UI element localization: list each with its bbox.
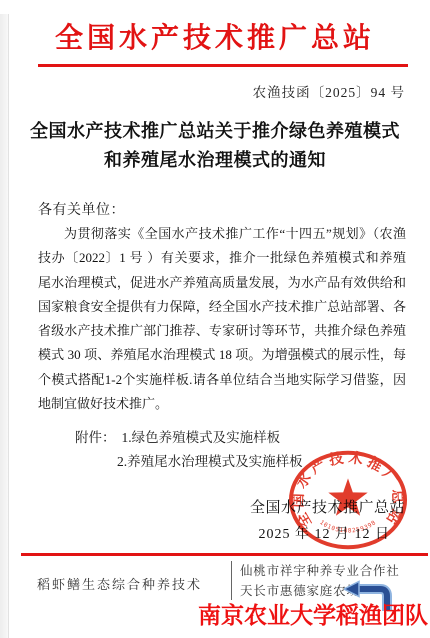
seal-code: 10105108259398	[318, 520, 377, 535]
header-divider	[38, 64, 408, 67]
attachment-row: 附件：1.绿色养殖模式及实施样板	[75, 426, 303, 450]
arrow-head	[344, 582, 359, 597]
attachment-item: 2.养殖尾水治理模式及实施样板	[117, 454, 303, 469]
body-line: 省级水产技术推广部门推荐、专家研讨等环节，共推介绿色养殖	[38, 319, 406, 343]
footer-entity: 仙桃市祥宇种养专业合作社	[240, 561, 400, 581]
body-line: 尾水治理模式，促进水产养殖高质量发展，为水产品有效供给和	[38, 271, 406, 295]
official-seal: 全国水产技术推广总站 10105108259398	[287, 448, 409, 552]
footer-vertical-divider	[231, 561, 232, 600]
scan-edge-shadow	[0, 14, 9, 638]
team-label: 南京农业大学稻渔团队	[198, 597, 430, 630]
body-line: 技办〔2022〕1 号 ）有关要求，推介一批绿色养殖模式和养殖	[38, 246, 406, 270]
notice-title-line1: 全国水产技术推广总站关于推介绿色养殖模式	[20, 117, 410, 146]
seal-star-icon	[328, 478, 367, 515]
attachment-item: 1.绿色养殖模式及实施样板	[122, 430, 281, 445]
salutation: 各有关单位：	[38, 199, 125, 219]
body-line: 模式 30 项、养殖尾水治理模式 18 项。为增强模式的展示性，每	[38, 343, 406, 367]
notice-title-line2: 和养殖尾水治理模式的通知	[20, 146, 410, 175]
body-line: 地制宜做好技术推广。	[38, 392, 406, 416]
body-line: 国家粮食安全提供有力保障，经全国水产技术推广总站部署、各	[38, 295, 406, 319]
attachment-row: 2.养殖尾水治理模式及实施样板	[75, 450, 303, 474]
body-paragraph: 为贯彻落实《全国水产技术推广工作“十四五”规划》（农渔 技办〔2022〕1 号 …	[38, 222, 406, 416]
body-line: 为贯彻落实《全国水产技术推广工作“十四五”规划》（农渔	[38, 222, 406, 246]
document-page: 全国水产技术推广总站 农渔技函〔2025〕94 号 全国水产技术推广总站关于推介…	[0, 0, 430, 638]
footer-technique: 稻虾鳝生态综合种养技术	[37, 574, 202, 593]
notice-title: 全国水产技术推广总站关于推介绿色养殖模式 和养殖尾水治理模式的通知	[20, 117, 410, 175]
footer-divider	[21, 553, 428, 556]
svg-text:10105108259398: 10105108259398	[318, 520, 377, 535]
page-title: 全国水产技术推广总站	[0, 16, 430, 56]
attachment-label: 附件：	[75, 430, 116, 445]
doc-number: 农渔技函〔2025〕94 号	[253, 81, 405, 101]
attachments: 附件：1.绿色养殖模式及实施样板 2.养殖尾水治理模式及实施样板	[75, 426, 303, 474]
body-line: 个模式搭配1-2个实施样板.请各单位结合当地实际学习借鉴，因	[38, 368, 406, 392]
